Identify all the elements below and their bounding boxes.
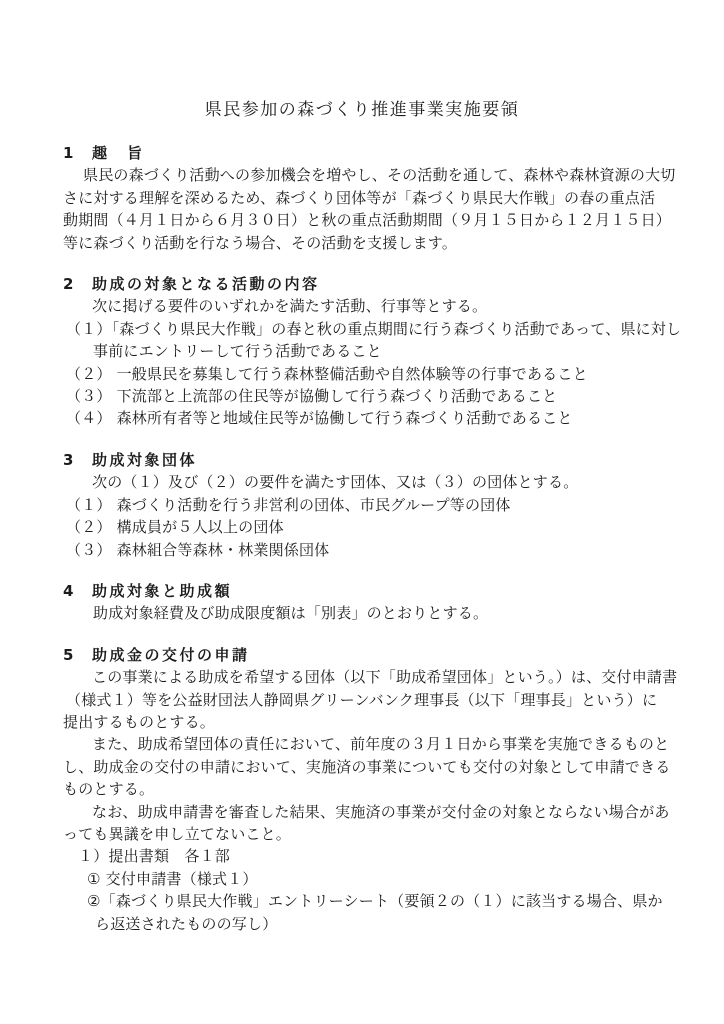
section-heading-text: 助成対象団体: [92, 451, 197, 469]
section-heading-text: 助成金の交付の申請: [92, 646, 250, 664]
text-line: ものとする。: [63, 778, 684, 800]
list-item: （１）「森づくり県民大作戦」の春と秋の重点期間に行う森づくり活動であって、県に対…: [63, 318, 684, 340]
list-item: （４） 森林所有者等と地域住民等が協働して行う森づくり活動であること: [63, 407, 684, 429]
list-item: （３） 森林組合等森林・林業関係団体: [63, 539, 684, 561]
section-4-subsidy-amount: 4助成対象と助成額 助成対象経費及び助成限度額は「別表」のとおりとする。: [63, 580, 684, 625]
section-number: 1: [63, 142, 92, 164]
section-heading: 1趣 旨: [63, 142, 684, 164]
section-3-eligible-groups: 3助成対象団体 次の（１）及び（２）の要件を満たす団体、又は（３）の団体とする。…: [63, 449, 684, 561]
text-line: なお、助成申請書を審査した結果、実施済の事業が交付金の対象とならない場合があ: [63, 801, 684, 823]
document-body: 1趣 旨 県民の森づくり活動への参加機会を増やし、その活動を通して、森林や森林資…: [63, 142, 684, 935]
text-line: 次の（１）及び（２）の要件を満たす団体、又は（３）の団体とする。: [63, 471, 684, 493]
text-line: 次に掲げる要件のいずれかを満たす活動、行事等とする。: [63, 295, 684, 317]
section-number: 4: [63, 580, 92, 602]
list-item: ① 交付申請書（様式１）: [63, 868, 684, 890]
section-number: 2: [63, 273, 92, 295]
list-item-continuation: 事前にエントリーして行う活動であること: [63, 340, 684, 362]
text-line: 県民の森づくり活動への参加機会を増やし、その活動を通して、森林や森林資源の大切: [63, 164, 684, 186]
text-line: っても異議を申し立てないこと。: [63, 823, 684, 845]
document-page: 県民参加の森づくり推進事業実施要領 1趣 旨 県民の森づくり活動への参加機会を増…: [0, 0, 724, 1024]
section-number: 3: [63, 449, 92, 471]
text-line: 等に森づくり活動を行なう場合、その活動を支援します。: [63, 232, 684, 254]
section-heading-text: 助成対象と助成額: [92, 582, 232, 600]
text-line: 助成対象経費及び助成限度額は「別表」のとおりとする。: [63, 602, 684, 624]
text-line: この事業による助成を希望する団体（以下「助成希望団体」という。）は、交付申請書: [63, 666, 684, 688]
list-item: （１） 森づくり活動を行う非営利の団体、市民グループ等の団体: [63, 494, 684, 516]
list-item: ②「森づくり県民大作戦」エントリーシート（要領２の（１）に該当する場合、県か: [63, 890, 684, 912]
text-line: 動期間（４月１日から６月３０日）と秋の重点活動期間（９月１５日から１２月１５日）: [63, 209, 684, 231]
text-line: し、助成金の交付の申請において、実施済の事業についても交付の対象として申請できる: [63, 756, 684, 778]
section-heading: 3助成対象団体: [63, 449, 684, 471]
list-item: （３） 下流部と上流部の住民等が協働して行う森づくり活動であること: [63, 385, 684, 407]
section-heading: 2助成の対象となる活動の内容: [63, 273, 684, 295]
section-2-eligible-activities: 2助成の対象となる活動の内容 次に掲げる要件のいずれかを満たす活動、行事等とする…: [63, 273, 684, 430]
text-line: さに対する理解を深めるため、森づくり団体等が「森づくり県民大作戦」の春の重点活: [63, 187, 684, 209]
list-item: １）提出書類 各１部: [63, 845, 684, 867]
section-number: 5: [63, 644, 92, 666]
list-item-continuation: ら返送されたものの写し）: [63, 913, 684, 935]
section-5-application: 5助成金の交付の申請 この事業による助成を希望する団体（以下「助成希望団体」とい…: [63, 644, 684, 935]
text-line: （様式１）等を公益財団法人静岡県グリーンバンク理事長（以下「理事長」という）に: [63, 689, 684, 711]
text-line: また、助成希望団体の責任において、前年度の３月１日から事業を実施できるものと: [63, 733, 684, 755]
document-title: 県民参加の森づくり推進事業実施要領: [0, 97, 724, 123]
list-item: （２） 構成員が５人以上の団体: [63, 516, 684, 538]
section-heading: 5助成金の交付の申請: [63, 644, 684, 666]
list-item: （２） 一般県民を募集して行う森林整備活動や自然体験等の行事であること: [63, 363, 684, 385]
section-heading-text: 助成の対象となる活動の内容: [92, 275, 320, 293]
section-heading: 4助成対象と助成額: [63, 580, 684, 602]
section-1-purpose: 1趣 旨 県民の森づくり活動への参加機会を増やし、その活動を通して、森林や森林資…: [63, 142, 684, 254]
text-line: 提出するものとする。: [63, 711, 684, 733]
section-heading-text: 趣 旨: [92, 144, 145, 162]
